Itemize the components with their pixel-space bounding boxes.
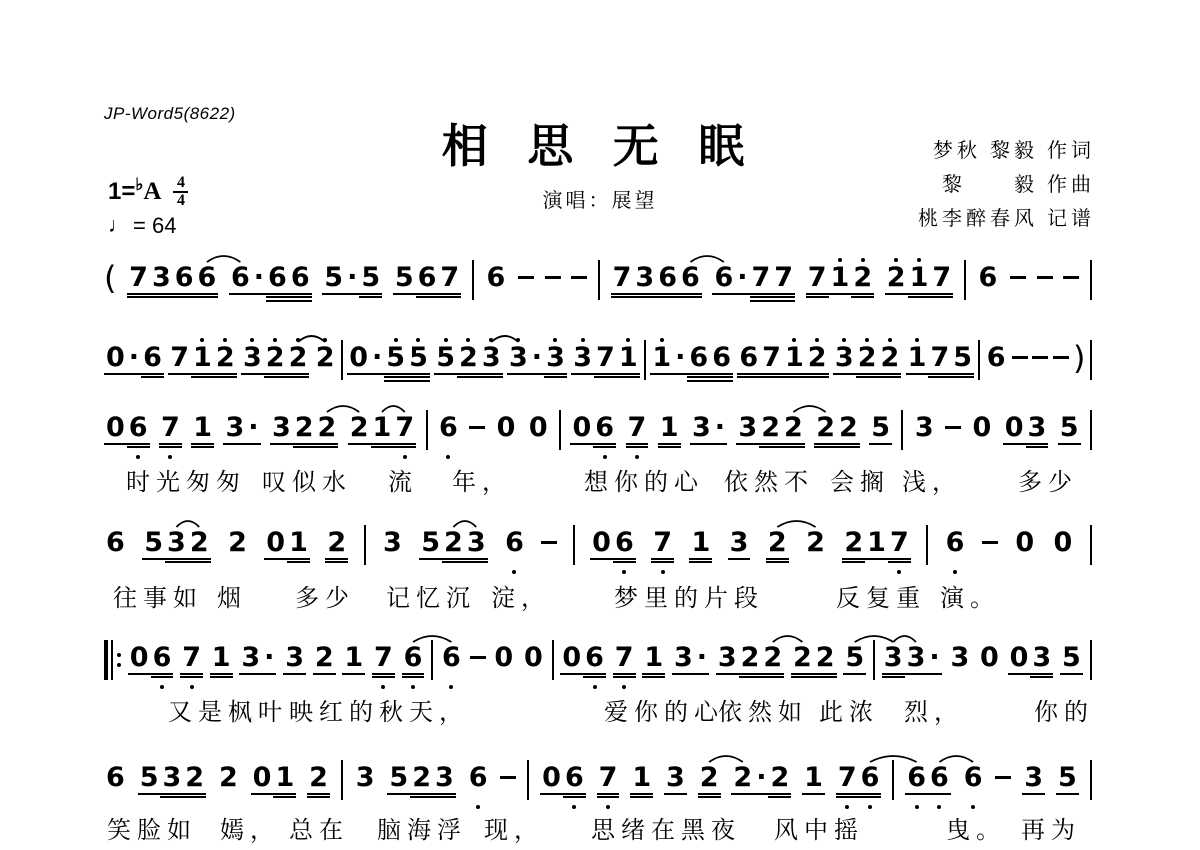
beam-line bbox=[750, 293, 773, 295]
note-value: 6 bbox=[962, 764, 985, 791]
octave-dot-below bbox=[540, 803, 563, 810]
note-group: 6 bbox=[402, 636, 425, 690]
note-group: 2 bbox=[313, 636, 336, 690]
underline-beams bbox=[856, 371, 879, 383]
note-value: 7 bbox=[180, 644, 203, 671]
note: 3 bbox=[354, 756, 377, 810]
note: 7 bbox=[372, 636, 395, 690]
beam-line bbox=[191, 373, 214, 375]
beam-line bbox=[1030, 673, 1053, 675]
octave-dot-below bbox=[347, 383, 370, 390]
note: 7 bbox=[750, 256, 773, 310]
note-value: 1 bbox=[689, 529, 712, 556]
beam-line bbox=[393, 443, 416, 445]
note-value: · bbox=[735, 264, 749, 291]
beam-line bbox=[593, 446, 616, 448]
note-value: 2 bbox=[878, 344, 901, 371]
underline-beams bbox=[650, 371, 673, 383]
note-group bbox=[426, 406, 428, 450]
note-value: 3 bbox=[150, 264, 173, 291]
note: 6 bbox=[583, 636, 606, 690]
octave-dot-below bbox=[1058, 453, 1081, 460]
octave-dot-below bbox=[503, 568, 526, 575]
note-group: 3 bbox=[283, 636, 306, 690]
note: 1 bbox=[783, 336, 806, 390]
beam-line bbox=[307, 796, 330, 798]
octave-dot-below bbox=[104, 803, 127, 810]
octave-dot-below bbox=[393, 453, 416, 460]
underline-beams bbox=[1052, 556, 1075, 568]
note-group: 6 bbox=[985, 336, 1008, 390]
beam-line bbox=[673, 373, 687, 375]
note-value: 5 bbox=[843, 644, 866, 671]
note: 3 bbox=[381, 521, 404, 575]
beam-line bbox=[842, 561, 865, 563]
note-value: 2 bbox=[217, 764, 240, 791]
augmentation-dot: · bbox=[673, 336, 687, 390]
beam-line bbox=[266, 300, 289, 302]
note-group: 33· bbox=[882, 636, 942, 690]
octave-dot-below bbox=[594, 383, 617, 390]
beam-line bbox=[480, 373, 503, 375]
octave-dot-below bbox=[672, 683, 695, 690]
note: 3 bbox=[270, 406, 293, 460]
note-group: 532 bbox=[142, 521, 210, 575]
beam-line bbox=[287, 558, 310, 560]
octave-dot-below bbox=[856, 383, 879, 390]
note-value: 6 bbox=[593, 414, 616, 441]
octave-dot-below bbox=[527, 453, 550, 460]
beam-line bbox=[264, 558, 287, 560]
beam-line bbox=[188, 561, 211, 563]
beam-line bbox=[571, 373, 594, 375]
underline-beams bbox=[583, 671, 606, 683]
octave-dot-below bbox=[865, 568, 888, 575]
note-group: 712 bbox=[168, 336, 236, 390]
beam-line bbox=[750, 296, 773, 298]
note-value: 3 bbox=[354, 764, 377, 791]
octave-dot-below bbox=[737, 383, 760, 390]
octave-dot-below bbox=[104, 453, 127, 460]
note-group bbox=[926, 521, 928, 565]
note: 0 bbox=[347, 336, 370, 390]
underline-beams bbox=[127, 371, 141, 383]
underline-beams bbox=[869, 441, 892, 453]
underline-beams bbox=[782, 441, 805, 453]
underline-beams bbox=[540, 791, 563, 803]
underline-beams bbox=[865, 556, 888, 568]
beam-line bbox=[465, 561, 488, 563]
octave-dot-below bbox=[507, 383, 530, 390]
underline-beams bbox=[672, 671, 695, 683]
octave-dot-below bbox=[971, 453, 994, 460]
underline-beams bbox=[495, 441, 518, 453]
octave-dot-below bbox=[837, 453, 860, 460]
underline-beams bbox=[419, 556, 442, 568]
octave-dot-below bbox=[104, 383, 127, 390]
barline bbox=[364, 525, 366, 565]
octave-dot-below bbox=[127, 453, 150, 460]
note-group: 2 bbox=[314, 336, 337, 390]
beam-line bbox=[710, 373, 733, 375]
octave-dot-below bbox=[381, 568, 404, 575]
octave-dot-below bbox=[345, 303, 359, 310]
beam-line bbox=[927, 673, 941, 675]
barline bbox=[431, 640, 433, 680]
octave-dot-below bbox=[188, 568, 211, 575]
underline-beams bbox=[264, 371, 287, 383]
note: 2 bbox=[731, 756, 754, 810]
lyric-segment: 多少 bbox=[295, 578, 355, 613]
note: 6 bbox=[859, 756, 882, 810]
beam-line bbox=[191, 446, 214, 448]
duration-dash bbox=[1053, 356, 1069, 359]
octave-dot-below bbox=[1022, 803, 1045, 810]
augmentation-dot: · bbox=[927, 636, 941, 690]
augmentation-dot: · bbox=[754, 756, 768, 810]
note-value: 3 bbox=[1030, 644, 1053, 671]
beam-line bbox=[416, 296, 439, 298]
underline-beams bbox=[440, 671, 463, 683]
note-group: 0 bbox=[978, 636, 1001, 690]
note: 5 bbox=[1058, 406, 1081, 460]
lyric-segment: 你的 bbox=[1034, 692, 1094, 727]
note-value: 0 bbox=[570, 414, 593, 441]
beam-line bbox=[658, 443, 681, 445]
note: 7 bbox=[127, 256, 150, 310]
note-value: 5 bbox=[138, 764, 161, 791]
note: 6 bbox=[289, 256, 312, 310]
beam-line bbox=[151, 676, 174, 678]
underline-beams bbox=[434, 371, 457, 383]
duration-dash bbox=[995, 776, 1011, 779]
note-group bbox=[104, 636, 121, 680]
underline-beams bbox=[287, 371, 310, 383]
note-group: 5 bbox=[1058, 406, 1081, 460]
octave-dot-below bbox=[633, 303, 656, 310]
octave-dot-below bbox=[597, 803, 620, 810]
octave-dot-below bbox=[731, 803, 754, 810]
beam-line bbox=[188, 558, 211, 560]
beam-line bbox=[416, 293, 439, 295]
underline-beams bbox=[837, 441, 860, 453]
beam-line bbox=[583, 676, 606, 678]
underline-beams bbox=[651, 556, 674, 568]
beam-line bbox=[928, 793, 951, 795]
octave-dot-below bbox=[782, 453, 805, 460]
note-group bbox=[1012, 336, 1028, 359]
note: 3 bbox=[283, 636, 306, 690]
octave-dot-below bbox=[791, 683, 814, 690]
underline-beams bbox=[594, 371, 617, 383]
beam-line bbox=[593, 443, 616, 445]
underline-beams bbox=[928, 371, 951, 383]
parenthesis: ) bbox=[1073, 340, 1085, 376]
octave-dot-below bbox=[151, 683, 174, 690]
note-group: 2 bbox=[307, 756, 330, 810]
octave-dot-below bbox=[689, 568, 712, 575]
beam-line bbox=[613, 561, 636, 563]
note-value: 2 bbox=[842, 529, 865, 556]
underline-beams bbox=[905, 791, 928, 803]
note-group bbox=[552, 636, 554, 680]
note-value: 3 bbox=[672, 644, 695, 671]
note: 5 bbox=[138, 756, 161, 810]
underline-beams bbox=[138, 791, 161, 803]
note-group: 0 bbox=[1052, 521, 1075, 575]
beam-line bbox=[160, 793, 183, 795]
note-group: 3 bbox=[913, 406, 936, 460]
beam-line bbox=[856, 376, 879, 378]
note: 3 bbox=[465, 521, 488, 575]
note-value: 2 bbox=[885, 264, 908, 291]
beam-line bbox=[806, 373, 829, 375]
underline-beams bbox=[806, 291, 829, 303]
lyric-segment: 演。 bbox=[940, 578, 1000, 613]
beam-line bbox=[908, 296, 931, 298]
barline bbox=[472, 260, 474, 300]
underline-beams bbox=[1008, 671, 1031, 683]
barline bbox=[1090, 340, 1092, 380]
beam-line bbox=[611, 293, 634, 295]
underline-beams bbox=[927, 671, 941, 683]
beam-line bbox=[791, 676, 814, 678]
duration-dash bbox=[518, 276, 534, 279]
underline-beams bbox=[127, 441, 150, 453]
underline-beams bbox=[613, 556, 636, 568]
note-value: 2 bbox=[314, 344, 337, 371]
note-value: · bbox=[927, 644, 941, 671]
underline-beams bbox=[387, 791, 410, 803]
note-value: 3 bbox=[664, 764, 687, 791]
note: 3 bbox=[728, 521, 751, 575]
note: 6 bbox=[402, 636, 425, 690]
beam-line bbox=[1022, 793, 1045, 795]
underline-beams bbox=[783, 371, 806, 383]
lyric-segment: 笑脸如 bbox=[107, 810, 197, 845]
note-group: 523 bbox=[434, 336, 502, 390]
underline-beams bbox=[593, 441, 616, 453]
note-value: 2 bbox=[457, 344, 480, 371]
beam-line bbox=[180, 676, 203, 678]
note: 0 bbox=[128, 636, 151, 690]
note: 7 bbox=[438, 256, 461, 310]
underline-beams bbox=[930, 291, 953, 303]
beam-line bbox=[407, 373, 430, 375]
note-value: 7 bbox=[888, 529, 911, 556]
note-group bbox=[1090, 406, 1092, 450]
beam-line bbox=[731, 793, 754, 795]
note-value: 5 bbox=[322, 264, 345, 291]
beam-line bbox=[410, 796, 433, 798]
note: 3 bbox=[544, 336, 567, 390]
note: 1 bbox=[908, 256, 931, 310]
note-group: 3 bbox=[664, 756, 687, 810]
note: 6 bbox=[710, 336, 733, 390]
note: 1 bbox=[617, 336, 640, 390]
note: 1 bbox=[342, 636, 365, 690]
beam-line bbox=[656, 296, 679, 298]
note-group: 1 bbox=[342, 636, 365, 690]
note: 6 bbox=[563, 756, 586, 810]
octave-dot-below bbox=[342, 683, 365, 690]
octave-dot-below bbox=[191, 453, 214, 460]
octave-dot-below bbox=[843, 683, 866, 690]
underline-beams bbox=[241, 371, 264, 383]
beam-line bbox=[287, 376, 310, 378]
octave-dot-below bbox=[814, 683, 837, 690]
octave-dot-below bbox=[583, 683, 606, 690]
note-value: 5 bbox=[951, 344, 974, 371]
note-value: 3 bbox=[948, 644, 971, 671]
note-group: 06 bbox=[540, 756, 586, 810]
underline-beams bbox=[210, 671, 233, 683]
note-value: 7 bbox=[930, 264, 953, 291]
note: 0 bbox=[590, 521, 613, 575]
underline-beams bbox=[1056, 791, 1079, 803]
note: 2 bbox=[325, 521, 348, 575]
note: 3 bbox=[664, 756, 687, 810]
note: 0 bbox=[978, 636, 1001, 690]
note-value: 7 bbox=[393, 414, 416, 441]
repeat-dot bbox=[117, 653, 121, 657]
note-value: 0 bbox=[522, 644, 545, 671]
note-value: 7 bbox=[772, 264, 795, 291]
note-group: 2 bbox=[766, 521, 789, 575]
note-group: 567 bbox=[393, 256, 461, 310]
barline bbox=[978, 340, 980, 380]
note-value: 6 bbox=[402, 644, 425, 671]
octave-dot-below bbox=[372, 683, 395, 690]
beam-line bbox=[252, 293, 266, 295]
underline-beams bbox=[695, 671, 709, 683]
augmentation-dot: · bbox=[713, 406, 727, 460]
underline-beams bbox=[492, 671, 515, 683]
note: 0 bbox=[1052, 521, 1075, 575]
barline bbox=[1090, 525, 1092, 565]
note-value: 2 bbox=[348, 414, 371, 441]
note-value: 6 bbox=[905, 764, 928, 791]
beam-line bbox=[264, 376, 287, 378]
note-group: 0 bbox=[522, 636, 545, 690]
underline-beams bbox=[252, 291, 266, 303]
note: 3 bbox=[571, 336, 594, 390]
note-group: 6 bbox=[944, 521, 967, 575]
octave-dot-below bbox=[150, 303, 173, 310]
note-value: 5 bbox=[1058, 414, 1081, 441]
barline bbox=[552, 640, 554, 680]
octave-dot-below bbox=[716, 683, 739, 690]
beam-line bbox=[544, 376, 567, 378]
note-group: 6 bbox=[467, 756, 490, 810]
underline-beams bbox=[437, 441, 460, 453]
note-group: 6 bbox=[437, 406, 460, 460]
beam-line bbox=[750, 300, 773, 302]
note-value: 6 bbox=[437, 414, 460, 441]
note: 2 bbox=[316, 406, 339, 460]
underline-beams bbox=[262, 671, 276, 683]
octave-dot-below bbox=[985, 383, 1008, 390]
note-value: 2 bbox=[791, 644, 814, 671]
octave-dot-below bbox=[252, 303, 266, 310]
note: 5 bbox=[951, 336, 974, 390]
note-value: 3 bbox=[571, 344, 594, 371]
octave-dot-below bbox=[695, 683, 709, 690]
note-group bbox=[1090, 521, 1092, 565]
note-group: ( bbox=[104, 256, 116, 296]
note-value: 2 bbox=[851, 264, 874, 291]
barline bbox=[341, 760, 343, 800]
octave-dot-below bbox=[316, 453, 339, 460]
underline-beams bbox=[104, 441, 127, 453]
beam-line bbox=[806, 293, 829, 295]
octave-dot-below bbox=[650, 383, 673, 390]
underline-beams bbox=[673, 371, 687, 383]
beam-line bbox=[760, 373, 783, 375]
beam-line bbox=[183, 796, 206, 798]
note-value: 7 bbox=[651, 529, 674, 556]
note-value: · bbox=[713, 414, 727, 441]
note: 6 bbox=[928, 756, 951, 810]
note: 7 bbox=[393, 406, 416, 460]
beam-line bbox=[266, 296, 289, 298]
note-value: 6 bbox=[687, 344, 710, 371]
note-group: 0 bbox=[971, 406, 994, 460]
note: 3 bbox=[433, 756, 456, 810]
underline-beams bbox=[270, 441, 293, 453]
lyric-segment: 时光匆匆 bbox=[126, 462, 246, 497]
note-group bbox=[945, 406, 961, 429]
note-group: 2 bbox=[804, 521, 827, 575]
lyric-segment: 烟 bbox=[217, 578, 247, 613]
beam-line bbox=[289, 293, 312, 295]
beam-line bbox=[698, 796, 721, 798]
note-group: 5 bbox=[1060, 636, 1083, 690]
octave-dot-below bbox=[264, 383, 287, 390]
note-value: 2 bbox=[214, 344, 237, 371]
underline-beams bbox=[530, 371, 544, 383]
note-value: 3 bbox=[165, 529, 188, 556]
note-group bbox=[1090, 756, 1092, 800]
note-value: 1 bbox=[287, 529, 310, 556]
note-group: 217 bbox=[842, 521, 910, 575]
beam-line bbox=[736, 443, 759, 445]
underline-beams bbox=[214, 371, 237, 383]
note-value: 0 bbox=[971, 414, 994, 441]
note-value: 2 bbox=[759, 414, 782, 441]
augmentation-dot: · bbox=[246, 406, 260, 460]
underline-beams bbox=[679, 291, 702, 303]
note-value: 3 bbox=[633, 264, 656, 291]
beam-line bbox=[597, 796, 620, 798]
note-value: 3 bbox=[905, 644, 928, 671]
note-value: 2 bbox=[739, 644, 762, 671]
note: 2 bbox=[214, 336, 237, 390]
beam-line bbox=[672, 673, 695, 675]
octave-dot-below bbox=[173, 303, 196, 310]
beam-line bbox=[687, 373, 710, 375]
note-group: 06 bbox=[590, 521, 636, 575]
octave-dot-below bbox=[570, 453, 593, 460]
octave-dot-below bbox=[322, 303, 345, 310]
note-group bbox=[573, 521, 575, 565]
beam-line bbox=[650, 373, 673, 375]
underline-beams bbox=[141, 371, 164, 383]
augmentation-dot: · bbox=[370, 336, 384, 390]
beam-line bbox=[594, 373, 617, 375]
augmentation-dot: · bbox=[695, 636, 709, 690]
note-value: 2 bbox=[287, 344, 310, 371]
